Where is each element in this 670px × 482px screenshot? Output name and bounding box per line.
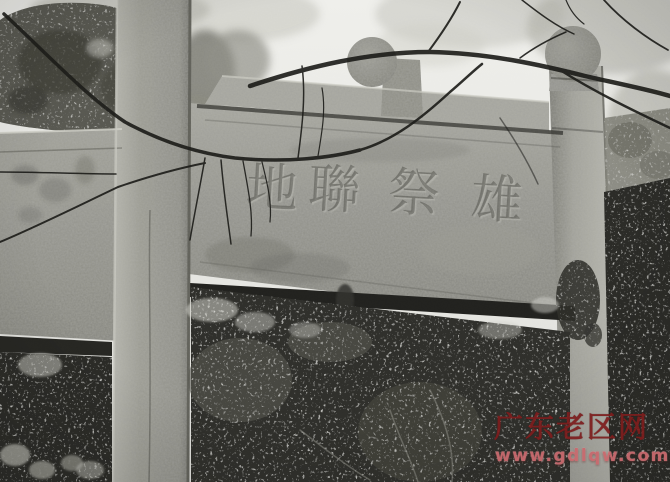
watermark-site-name: 广东老区网 (494, 412, 649, 442)
watermark-url: www.gdlqw.com (495, 447, 670, 465)
photo-stone-archway: 地 聯 祭 雄 (0, 0, 670, 482)
